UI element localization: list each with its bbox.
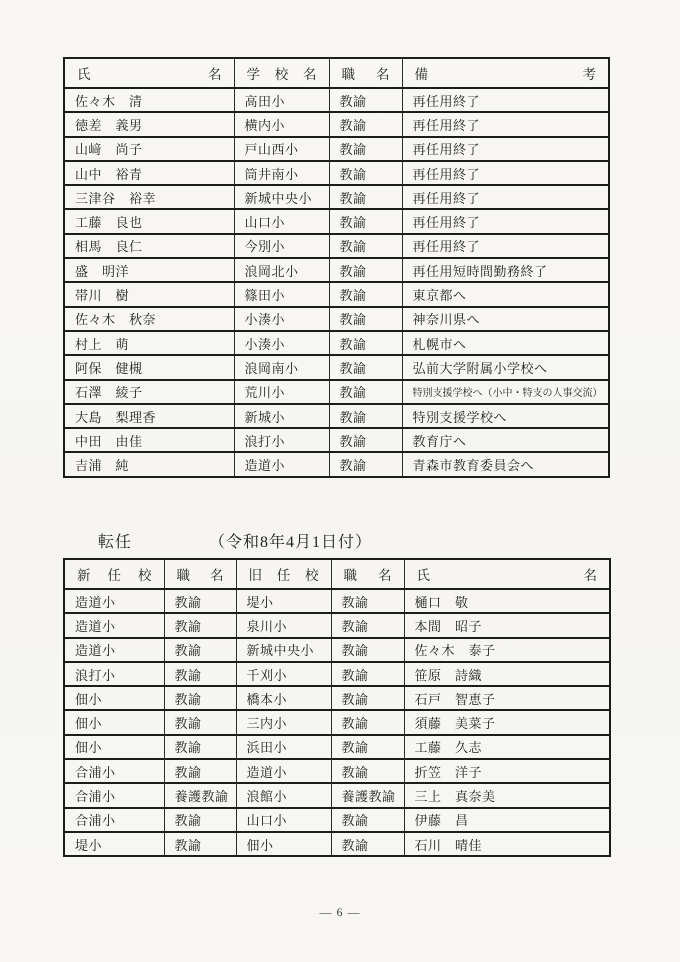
cell-name: 折笠 洋子 — [404, 759, 610, 783]
cell-new-job: 教諭 — [164, 686, 236, 710]
table-row: 佃小教諭橋本小教諭石戸 智恵子 — [64, 686, 610, 710]
cell-note: 再任用終了 — [402, 209, 609, 233]
table-header-row: 新任校 職名 旧任校 職名 氏名 — [64, 559, 610, 589]
cell-new-job: 教諭 — [164, 808, 236, 832]
cell-name: 阿保 健槻 — [64, 355, 234, 379]
cell-new-job: 教諭 — [164, 589, 236, 613]
cell-old-school: 山口小 — [236, 808, 331, 832]
table-row: 盛 明洋浪岡北小教諭再任用短時間勤務終了 — [64, 258, 609, 282]
table-row: 石澤 綾子荒川小教諭特別支援学校へ（小中・特支の人事交流） — [64, 380, 609, 404]
cell-note: 再任用終了 — [402, 185, 609, 209]
table-row: 佃小教諭三内小教諭須藤 美菜子 — [64, 710, 610, 734]
cell-school: 浪岡南小 — [234, 355, 329, 379]
cell-job: 教諭 — [329, 404, 402, 428]
page-number: — 6 — — [0, 905, 680, 920]
cell-school: 浪打小 — [234, 428, 329, 452]
cell-name: 中田 由佳 — [64, 428, 234, 452]
cell-school: 浪岡北小 — [234, 258, 329, 282]
cell-name: 伊藤 昌 — [404, 808, 610, 832]
cell-school: 戸山西小 — [234, 137, 329, 161]
cell-note: 青森市教育委員会へ — [402, 452, 609, 476]
cell-name: 三津谷 裕幸 — [64, 185, 234, 209]
table-row: 工藤 良也山口小教諭再任用終了 — [64, 209, 609, 233]
table-row: 山中 裕青筒井南小教諭再任用終了 — [64, 161, 609, 185]
table-row: 佐々木 清高田小教諭再任用終了 — [64, 88, 609, 112]
table-row: 三津谷 裕幸新城中央小教諭再任用終了 — [64, 185, 609, 209]
cell-new-school: 浪打小 — [64, 662, 164, 686]
cell-name: 佐々木 清 — [64, 88, 234, 112]
table-row: 阿保 健槻浪岡南小教諭弘前大学附属小学校へ — [64, 355, 609, 379]
cell-note: 神奈川県へ — [402, 307, 609, 331]
cell-school: 篠田小 — [234, 282, 329, 306]
cell-job: 教諭 — [329, 380, 402, 404]
cell-school: 新城小 — [234, 404, 329, 428]
table-row: 帯川 樹篠田小教諭東京都へ — [64, 282, 609, 306]
cell-job: 教諭 — [329, 234, 402, 258]
cell-old-job: 教諭 — [331, 735, 404, 759]
cell-old-job: 教諭 — [331, 832, 404, 856]
cell-name: 大島 梨理香 — [64, 404, 234, 428]
cell-new-school: 合浦小 — [64, 808, 164, 832]
cell-old-school: 橋本小 — [236, 686, 331, 710]
cell-name: 石戸 智恵子 — [404, 686, 610, 710]
cell-job: 教諭 — [329, 355, 402, 379]
col-header-note: 備考 — [402, 58, 609, 88]
table-row: 村上 萌小湊小教諭札幌市へ — [64, 331, 609, 355]
cell-note: 再任用終了 — [402, 137, 609, 161]
col-header-job: 職名 — [331, 559, 404, 589]
table-row: 浪打小教諭千刈小教諭笹原 詩織 — [64, 662, 610, 686]
table-row: 堤小教諭佃小教諭石川 晴佳 — [64, 832, 610, 856]
table-row: 徳差 義男横内小教諭再任用終了 — [64, 112, 609, 136]
cell-new-job: 教諭 — [164, 638, 236, 662]
cell-job: 教諭 — [329, 137, 402, 161]
section-date: （令和8年4月1日付） — [209, 529, 372, 552]
cell-old-school: 千刈小 — [236, 662, 331, 686]
section-heading: 転任 （令和8年4月1日付） — [63, 529, 608, 553]
scanned-page: 氏名 学校名 職名 備考 佐々木 清高田小教諭再任用終了 徳差 義男横内小教諭再… — [0, 0, 680, 962]
cell-note: 再任用終了 — [402, 112, 609, 136]
cell-job: 教諭 — [329, 282, 402, 306]
cell-name: 山﨑 尚子 — [64, 137, 234, 161]
table-row: 合浦小養護教諭浪館小養護教諭三上 真奈美 — [64, 783, 610, 807]
cell-name: 徳差 義男 — [64, 112, 234, 136]
col-header-name: 氏名 — [64, 58, 234, 88]
table-row: 佐々木 秋奈小湊小教諭神奈川県へ — [64, 307, 609, 331]
cell-name: 吉浦 純 — [64, 452, 234, 476]
cell-old-school: 造道小 — [236, 759, 331, 783]
cell-name: 相馬 良仁 — [64, 234, 234, 258]
cell-note: 特別支援学校へ — [402, 404, 609, 428]
cell-note: 教育庁へ — [402, 428, 609, 452]
cell-school: 山口小 — [234, 209, 329, 233]
cell-new-job: 教諭 — [164, 735, 236, 759]
cell-name: 須藤 美菜子 — [404, 710, 610, 734]
table-row: 合浦小教諭造道小教諭折笠 洋子 — [64, 759, 610, 783]
cell-old-job: 養護教諭 — [331, 783, 404, 807]
cell-old-school: 佃小 — [236, 832, 331, 856]
cell-school: 小湊小 — [234, 331, 329, 355]
cell-note: 再任用短時間勤務終了 — [402, 258, 609, 282]
cell-old-school: 泉川小 — [236, 613, 331, 637]
cell-new-school: 合浦小 — [64, 783, 164, 807]
cell-new-school: 造道小 — [64, 589, 164, 613]
cell-name: 村上 萌 — [64, 331, 234, 355]
cell-note: 再任用終了 — [402, 88, 609, 112]
table-header-row: 氏名 学校名 職名 備考 — [64, 58, 609, 88]
cell-job: 教諭 — [329, 331, 402, 355]
table-row: 吉浦 純造道小教諭青森市教育委員会へ — [64, 452, 609, 476]
cell-new-job: 教諭 — [164, 759, 236, 783]
cell-note: 弘前大学附属小学校へ — [402, 355, 609, 379]
cell-old-job: 教諭 — [331, 686, 404, 710]
table-row: 造道小教諭堤小教諭樋口 敬 — [64, 589, 610, 613]
cell-name: 帯川 樹 — [64, 282, 234, 306]
cell-new-job: 教諭 — [164, 832, 236, 856]
cell-note: 再任用終了 — [402, 234, 609, 258]
col-header-new-school: 新任校 — [64, 559, 164, 589]
cell-name: 佐々木 秋奈 — [64, 307, 234, 331]
cell-school: 今別小 — [234, 234, 329, 258]
table-row: 大島 梨理香新城小教諭特別支援学校へ — [64, 404, 609, 428]
cell-new-job: 教諭 — [164, 662, 236, 686]
cell-note: 特別支援学校へ（小中・特支の人事交流） — [402, 380, 609, 404]
cell-note: 東京都へ — [402, 282, 609, 306]
table-row: 中田 由佳浪打小教諭教育庁へ — [64, 428, 609, 452]
cell-old-job: 教諭 — [331, 589, 404, 613]
cell-name: 工藤 久志 — [404, 735, 610, 759]
cell-name: 樋口 敬 — [404, 589, 610, 613]
cell-school: 筒井南小 — [234, 161, 329, 185]
cell-old-job: 教諭 — [331, 759, 404, 783]
cell-new-school: 佃小 — [64, 710, 164, 734]
cell-old-job: 教諭 — [331, 710, 404, 734]
cell-job: 教諭 — [329, 185, 402, 209]
cell-new-school: 造道小 — [64, 613, 164, 637]
cell-old-school: 浪館小 — [236, 783, 331, 807]
col-header-job: 職名 — [164, 559, 236, 589]
cell-job: 教諭 — [329, 161, 402, 185]
cell-old-job: 教諭 — [331, 662, 404, 686]
retirement-table: 氏名 学校名 職名 備考 佐々木 清高田小教諭再任用終了 徳差 義男横内小教諭再… — [63, 57, 610, 478]
cell-name: 山中 裕青 — [64, 161, 234, 185]
col-header-job: 職名 — [329, 58, 402, 88]
col-header-school: 学校名 — [234, 58, 329, 88]
cell-job: 教諭 — [329, 258, 402, 282]
cell-old-job: 教諭 — [331, 808, 404, 832]
cell-name: 工藤 良也 — [64, 209, 234, 233]
cell-name: 佐々木 泰子 — [404, 638, 610, 662]
cell-name: 盛 明洋 — [64, 258, 234, 282]
cell-note: 札幌市へ — [402, 331, 609, 355]
cell-school: 小湊小 — [234, 307, 329, 331]
col-header-old-school: 旧任校 — [236, 559, 331, 589]
cell-new-school: 佃小 — [64, 686, 164, 710]
cell-school: 荒川小 — [234, 380, 329, 404]
cell-school: 新城中央小 — [234, 185, 329, 209]
cell-job: 教諭 — [329, 307, 402, 331]
cell-new-job: 教諭 — [164, 710, 236, 734]
table-row: 合浦小教諭山口小教諭伊藤 昌 — [64, 808, 610, 832]
cell-new-school: 合浦小 — [64, 759, 164, 783]
table-row: 相馬 良仁今別小教諭再任用終了 — [64, 234, 609, 258]
cell-name: 本間 昭子 — [404, 613, 610, 637]
cell-name: 石川 晴佳 — [404, 832, 610, 856]
cell-name: 石澤 綾子 — [64, 380, 234, 404]
cell-old-school: 新城中央小 — [236, 638, 331, 662]
table-row: 佃小教諭浜田小教諭工藤 久志 — [64, 735, 610, 759]
cell-new-school: 佃小 — [64, 735, 164, 759]
cell-school: 高田小 — [234, 88, 329, 112]
cell-job: 教諭 — [329, 112, 402, 136]
cell-job: 教諭 — [329, 88, 402, 112]
cell-job: 教諭 — [329, 428, 402, 452]
cell-old-job: 教諭 — [331, 613, 404, 637]
cell-school: 造道小 — [234, 452, 329, 476]
cell-new-school: 造道小 — [64, 638, 164, 662]
cell-school: 横内小 — [234, 112, 329, 136]
transfer-table: 新任校 職名 旧任校 職名 氏名 造道小教諭堤小教諭樋口 敬 造道小教諭泉川小教… — [63, 558, 611, 857]
table-row: 造道小教諭新城中央小教諭佐々木 泰子 — [64, 638, 610, 662]
cell-name: 三上 真奈美 — [404, 783, 610, 807]
section-title: 転任 — [98, 529, 132, 552]
cell-old-school: 三内小 — [236, 710, 331, 734]
cell-old-school: 堤小 — [236, 589, 331, 613]
cell-new-school: 堤小 — [64, 832, 164, 856]
cell-new-job: 養護教諭 — [164, 783, 236, 807]
cell-name: 笹原 詩織 — [404, 662, 610, 686]
table-row: 山﨑 尚子戸山西小教諭再任用終了 — [64, 137, 609, 161]
col-header-name: 氏名 — [404, 559, 610, 589]
cell-old-job: 教諭 — [331, 638, 404, 662]
cell-job: 教諭 — [329, 452, 402, 476]
cell-job: 教諭 — [329, 209, 402, 233]
table-row: 造道小教諭泉川小教諭本間 昭子 — [64, 613, 610, 637]
cell-new-job: 教諭 — [164, 613, 236, 637]
cell-old-school: 浜田小 — [236, 735, 331, 759]
cell-note: 再任用終了 — [402, 161, 609, 185]
